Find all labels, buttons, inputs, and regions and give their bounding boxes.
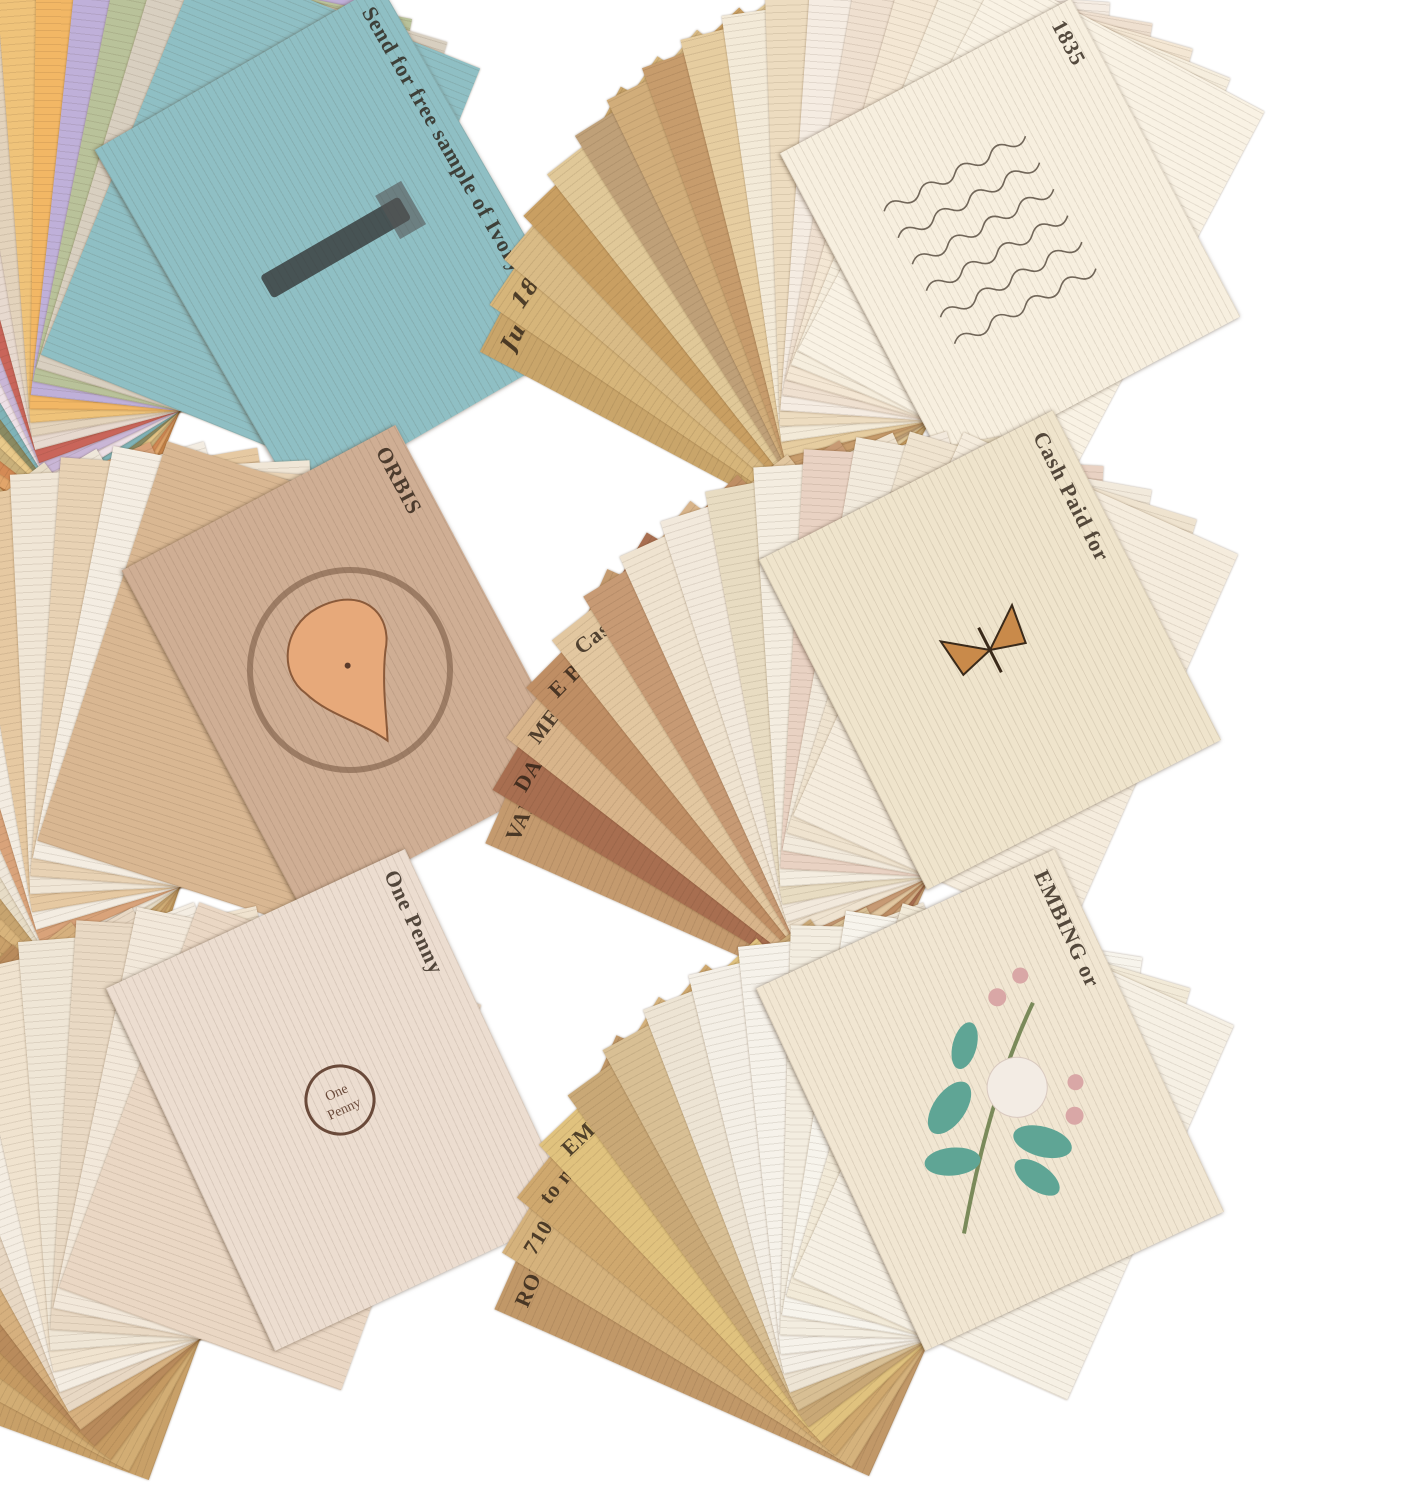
front-sheet-heading: One Penny <box>378 866 560 1218</box>
botanical-text-illustration <box>916 583 1064 718</box>
newspaper-illustration <box>240 167 440 323</box>
letters-postcards-illustration: OnePenny <box>287 1047 393 1153</box>
